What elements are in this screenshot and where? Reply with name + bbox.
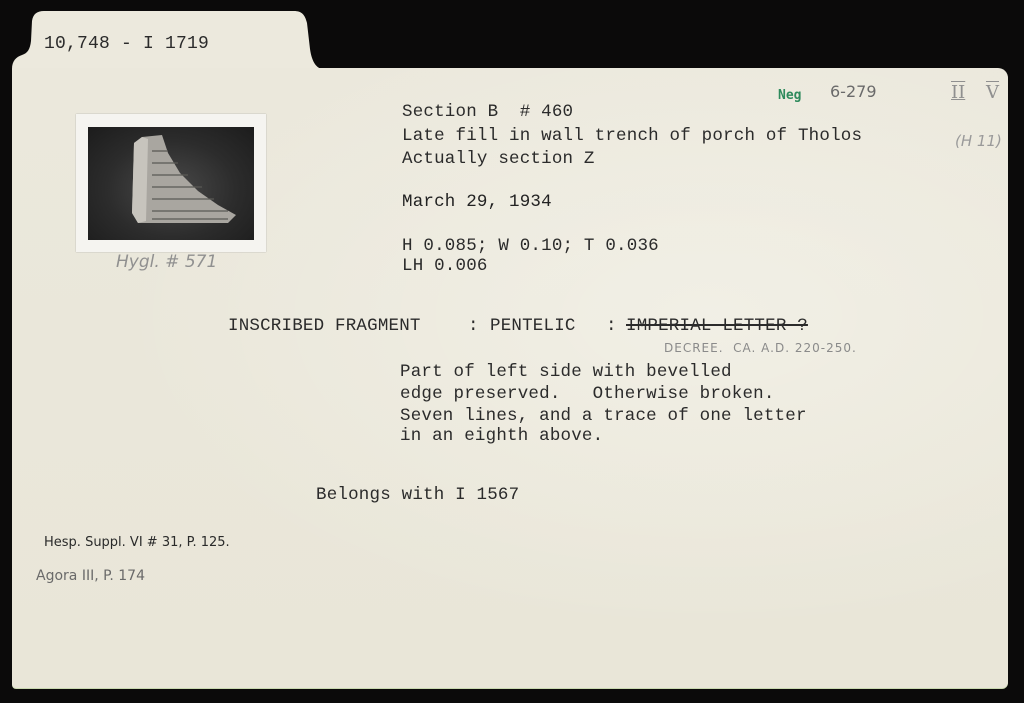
- stone-fragment-icon: [128, 133, 240, 225]
- location-note: (H 11): [955, 132, 1002, 150]
- neg-stamp: Neg: [778, 88, 801, 103]
- roman-mark-ii: II: [951, 82, 965, 103]
- photo-caption: Hygl. # 571: [116, 252, 217, 272]
- photo-mount: [76, 114, 266, 252]
- struck-out-classification: IMPERIAL LETTER ?: [626, 316, 808, 337]
- classification-sep-2: :: [606, 316, 617, 337]
- tab-label: 10,748 - I 1719: [44, 34, 209, 55]
- dimensions-line: H 0.085; W 0.10; T 0.036: [402, 236, 659, 257]
- description-line-1: Part of left side with bevelled: [400, 362, 732, 383]
- actual-section-line: Actually section Z: [402, 149, 595, 170]
- classification-material: PENTELIC: [490, 316, 576, 337]
- neg-number: 6-279: [830, 82, 877, 101]
- belongs-with: Belongs with I 1567: [316, 485, 519, 506]
- classification-type: INSCRIBED FRAGMENT: [228, 316, 421, 337]
- reference-hesperia: Hesp. Suppl. VI # 31, P. 125.: [44, 535, 230, 550]
- description-line-2: edge preserved. Otherwise broken.: [400, 384, 775, 405]
- findspot-line: Late fill in wall trench of porch of Tho…: [402, 126, 862, 147]
- classification-sep-1: :: [468, 316, 479, 337]
- letter-height-line: LH 0.006: [402, 256, 488, 277]
- roman-mark-v: V: [986, 82, 999, 103]
- section-line: Section B # 460: [402, 102, 573, 123]
- date: March 29, 1934: [402, 192, 552, 213]
- description-line-3: Seven lines, and a trace of one letter: [400, 406, 807, 427]
- reference-agora: Agora III, P. 174: [36, 568, 145, 584]
- fragment-photo: [88, 127, 254, 240]
- description-line-4: in an eighth above.: [400, 426, 603, 447]
- classification-correction: DECREE. CA. A.D. 220-250.: [664, 341, 857, 355]
